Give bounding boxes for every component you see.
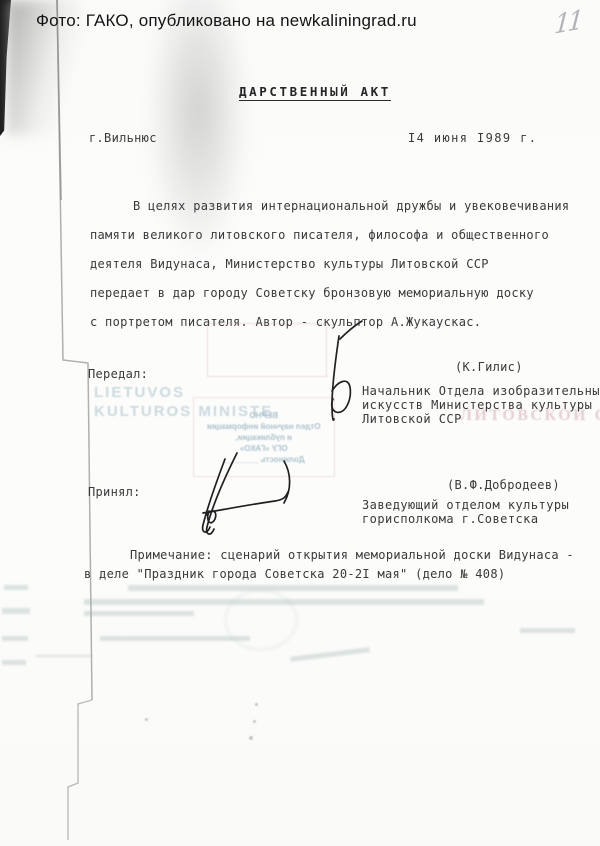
bleedthrough-round-stamp	[225, 590, 297, 650]
text-line: KULTUROS MINISTE	[94, 402, 273, 421]
received-name: (В.Ф.Добродеев)	[447, 478, 560, 492]
text-line: Литовской ССР	[362, 413, 600, 427]
paper-speck	[145, 718, 148, 721]
margin-fragment	[4, 585, 28, 590]
paper-speck	[253, 720, 256, 723]
handed-over-label: Передал:	[88, 367, 148, 381]
margin-fragment	[2, 636, 28, 641]
text-line: В целях развития интернациональной дружб…	[90, 192, 590, 221]
text-line: Начальник Отдела изобразительных	[362, 385, 600, 399]
document-title: ДАРСТВЕННЫЙ АКТ	[239, 84, 391, 101]
text-line: LIETUVOS	[94, 383, 273, 402]
handed-over-signature	[300, 315, 380, 430]
text-line: Примечание: сценарий открытия мемориальн…	[84, 546, 589, 565]
text-line: Заведующий отделом культуры	[362, 499, 600, 513]
text-line: и публикации,	[207, 432, 320, 443]
bleedthrough-text-bar	[84, 611, 194, 616]
text-line: деятеля Видунаса, Министерство культуры …	[90, 250, 590, 279]
bleedthrough-text-bar	[520, 628, 575, 633]
handed-over-name: (К.Гилис)	[455, 360, 523, 374]
bleedthrough-letterhead-left: LIETUVOSKULTUROS MINISTE	[94, 383, 273, 421]
received-label: Принял:	[88, 485, 141, 499]
text-line: в деле "Праздник города Советска 20-2I м…	[84, 565, 589, 584]
document-note: Примечание: сценарий открытия мемориальн…	[84, 546, 589, 584]
document-date: I4 июня I989 г.	[408, 131, 537, 145]
margin-fragment	[2, 608, 30, 614]
handed-over-role: Начальник Отдела изобразительныхискусств…	[362, 385, 600, 426]
paper-speck	[255, 703, 258, 706]
received-signature	[185, 445, 310, 540]
text-line: горисполкома г.Советска	[362, 513, 600, 527]
margin-fragment	[2, 660, 26, 665]
margin-underline-fragment	[36, 655, 92, 657]
document-place: г.Вильнюс	[89, 131, 157, 145]
paper-speck	[249, 736, 253, 740]
pencil-page-number: 11	[553, 5, 582, 41]
received-role: Заведующий отделом культурыгорисполкома …	[362, 499, 600, 527]
photo-credit-watermark: Фото: ГАКО, опубликовано на newkaliningr…	[36, 11, 417, 31]
scanned-document-page: Фото: ГАКО, опубликовано на newkaliningr…	[0, 0, 600, 846]
text-line: передает в дар городу Советску бронзовую…	[90, 279, 590, 308]
bleedthrough-text-bar	[128, 585, 458, 591]
bleedthrough-text-bar	[100, 636, 250, 641]
text-line: памяти великого литовского писателя, фил…	[90, 221, 590, 250]
text-line: искусств Министерства культуры	[362, 399, 600, 413]
